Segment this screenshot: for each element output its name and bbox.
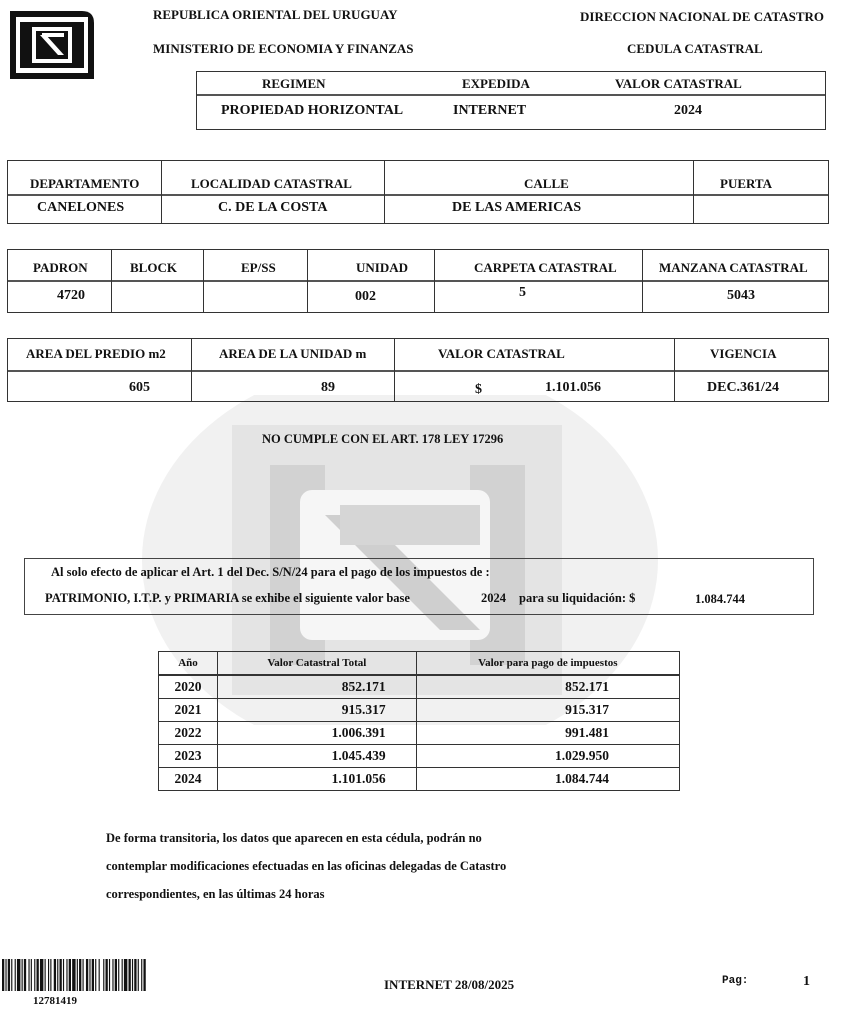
history-year: 2020 <box>159 675 218 699</box>
history-tax-value: 852.171 <box>416 675 679 699</box>
history-row: 20221.006.391991.481 <box>159 722 680 745</box>
tax-base-box: Al solo efecto de aplicar el Art. 1 del … <box>24 558 814 615</box>
valor-catastral-year-header: VALOR CATASTRAL <box>615 76 742 92</box>
history-total-value: 1.101.056 <box>218 768 417 791</box>
barcode-icon <box>2 959 214 991</box>
disclaimer-line: correspondientes, en las últimas 24 hora… <box>106 880 506 908</box>
history-tax-value: 1.084.744 <box>416 768 679 791</box>
value-history-table: Año Valor Catastral Total Valor para pag… <box>158 651 680 791</box>
page-label: Pag: <box>722 975 748 987</box>
ministry-title: MINISTERIO DE ECONOMIA Y FINANZAS <box>153 41 414 57</box>
valor-catastral-value: 1.101.056 <box>545 380 601 396</box>
history-row: 2021915.317915.317 <box>159 699 680 722</box>
dnc-logo-icon <box>8 9 96 81</box>
year-column-header: Año <box>159 652 218 676</box>
vigencia-header: VIGENCIA <box>710 346 776 362</box>
history-row: 20241.101.0561.084.744 <box>159 768 680 791</box>
valor-catastral-header: VALOR CATASTRAL <box>438 346 565 362</box>
localidad-header: LOCALIDAD CATASTRAL <box>191 176 352 192</box>
country-title: REPUBLICA ORIENTAL DEL URUGUAY <box>153 7 398 23</box>
history-row: 20231.045.4391.029.950 <box>159 745 680 768</box>
history-total-value: 1.006.391 <box>218 722 417 745</box>
history-year: 2024 <box>159 768 218 791</box>
carpeta-header: CARPETA CATASTRAL <box>474 260 617 276</box>
area-predio-header: AREA DEL PREDIO m2 <box>26 346 166 362</box>
padron-header: PADRON <box>33 260 88 276</box>
padron-value: 4720 <box>57 288 85 304</box>
localidad-value: C. DE LA COSTA <box>218 200 327 216</box>
carpeta-value: 5 <box>519 285 526 301</box>
disclaimer-line: De forma transitoria, los datos que apar… <box>106 824 506 852</box>
total-value-column-header: Valor Catastral Total <box>218 652 417 676</box>
document-title: CEDULA CATASTRAL <box>627 41 763 57</box>
issued-stamp: INTERNET 28/08/2025 <box>384 977 514 993</box>
tax-value-column-header: Valor para pago de impuestos <box>416 652 679 676</box>
area-unidad-header: AREA DE LA UNIDAD m <box>219 346 366 362</box>
currency-symbol: $ <box>475 382 482 398</box>
decree-line-2: PATRIMONIO, I.T.P. y PRIMARIA se exhibe … <box>45 591 410 606</box>
location-table: DEPARTAMENTO LOCALIDAD CATASTRAL CALLE P… <box>7 160 829 224</box>
epss-header: EP/SS <box>241 260 276 276</box>
history-tax-value: 991.481 <box>416 722 679 745</box>
manzana-value: 5043 <box>727 288 755 304</box>
history-year: 2021 <box>159 699 218 722</box>
area-predio-value: 605 <box>129 380 150 396</box>
manzana-header: MANZANA CATASTRAL <box>659 260 808 276</box>
tax-base-amount: 1.084.744 <box>695 592 745 607</box>
history-row: 2020852.171852.171 <box>159 675 680 699</box>
agency-title: DIRECCION NACIONAL DE CATASTRO <box>580 9 824 25</box>
vigencia-value: DEC.361/24 <box>707 380 779 396</box>
departamento-header: DEPARTAMENTO <box>30 176 139 192</box>
disclaimer: De forma transitoria, los datos que apar… <box>106 824 506 908</box>
expedida-value: INTERNET <box>453 103 526 119</box>
decree-line-2-suffix: para su liquidación: $ <box>519 591 635 606</box>
history-total-value: 915.317 <box>218 699 417 722</box>
expedida-header: EXPEDIDA <box>462 76 530 92</box>
page-number: 1 <box>803 974 810 990</box>
compliance-notice: NO CUMPLE CON EL ART. 178 LEY 17296 <box>262 432 503 447</box>
valor-catastral-year-value: 2024 <box>674 103 702 119</box>
history-tax-value: 915.317 <box>416 699 679 722</box>
departamento-value: CANELONES <box>37 200 124 216</box>
disclaimer-line: contemplar modificaciones efectuadas en … <box>106 852 506 880</box>
summary-table: REGIMEN EXPEDIDA VALOR CATASTRAL PROPIED… <box>196 71 826 130</box>
history-year: 2022 <box>159 722 218 745</box>
block-header: BLOCK <box>130 260 177 276</box>
regimen-value: PROPIEDAD HORIZONTAL <box>221 103 403 119</box>
decree-line-1: Al solo efecto de aplicar el Art. 1 del … <box>51 565 490 580</box>
history-total-value: 1.045.439 <box>218 745 417 768</box>
identification-table: PADRON BLOCK EP/SS UNIDAD CARPETA CATAST… <box>7 249 829 313</box>
unidad-header: UNIDAD <box>356 260 408 276</box>
puerta-header: PUERTA <box>720 176 772 192</box>
calle-header: CALLE <box>524 176 569 192</box>
history-year: 2023 <box>159 745 218 768</box>
history-tax-value: 1.029.950 <box>416 745 679 768</box>
unidad-value: 002 <box>355 289 376 305</box>
barcode-number: 12781419 <box>33 995 77 1007</box>
area-unidad-value: 89 <box>321 380 335 396</box>
calle-value: DE LAS AMERICAS <box>452 200 581 216</box>
regimen-header: REGIMEN <box>262 76 326 92</box>
decree-year: 2024 <box>481 591 506 606</box>
valuation-table: AREA DEL PREDIO m2 AREA DE LA UNIDAD m V… <box>7 338 829 402</box>
history-total-value: 852.171 <box>218 675 417 699</box>
